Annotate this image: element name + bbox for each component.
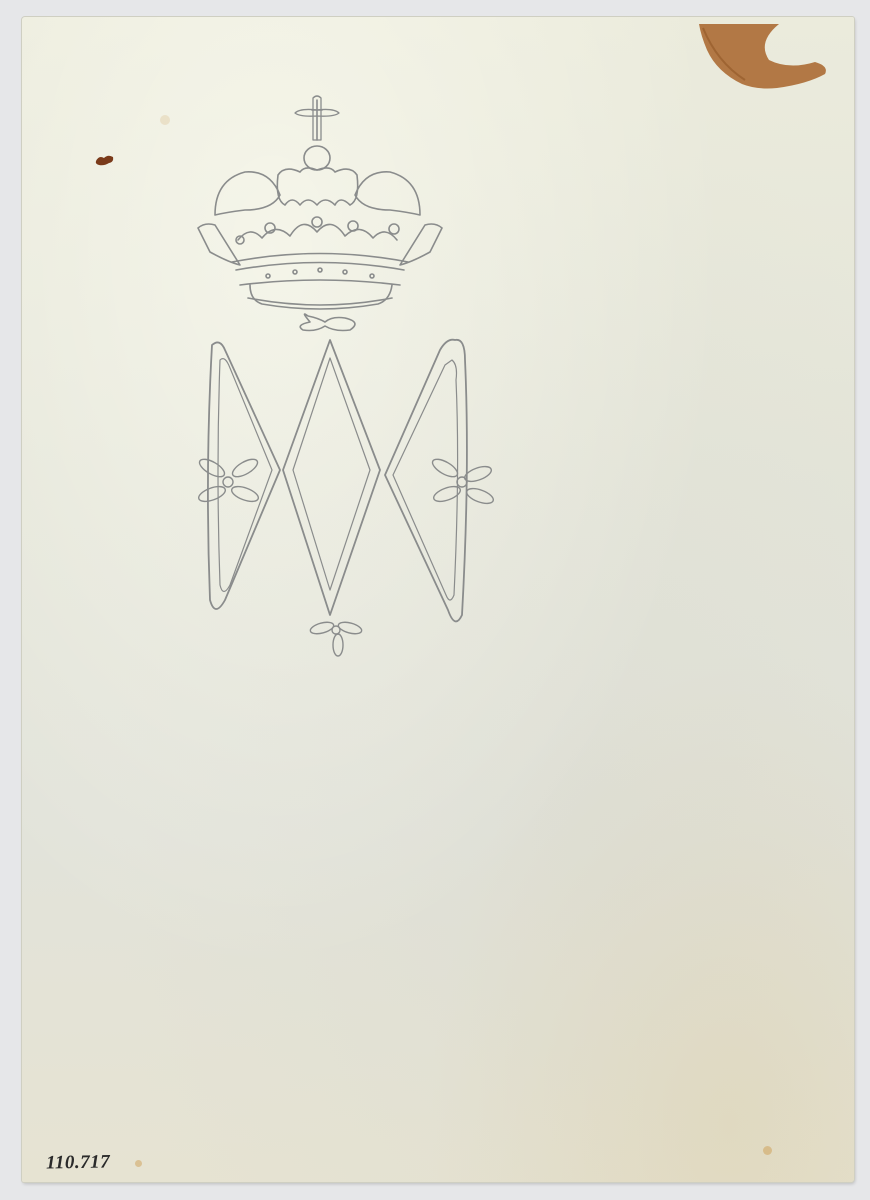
foxing-spot (160, 115, 170, 125)
flower-icon-left (197, 456, 260, 505)
crowned-monogram-drawing (185, 90, 515, 670)
bow-icon (300, 314, 355, 331)
am-monogram (208, 340, 467, 622)
flower-icon-bottom (309, 620, 363, 656)
water-stain-top-right (697, 22, 827, 90)
foxing-spot (763, 1146, 772, 1155)
flower-icon-right (430, 456, 495, 507)
cross-icon (295, 96, 339, 140)
inventory-number: 110.717 (46, 1151, 111, 1174)
rust-spot (94, 153, 116, 167)
crown-icon (198, 168, 442, 309)
foxing-spot (135, 1160, 142, 1167)
